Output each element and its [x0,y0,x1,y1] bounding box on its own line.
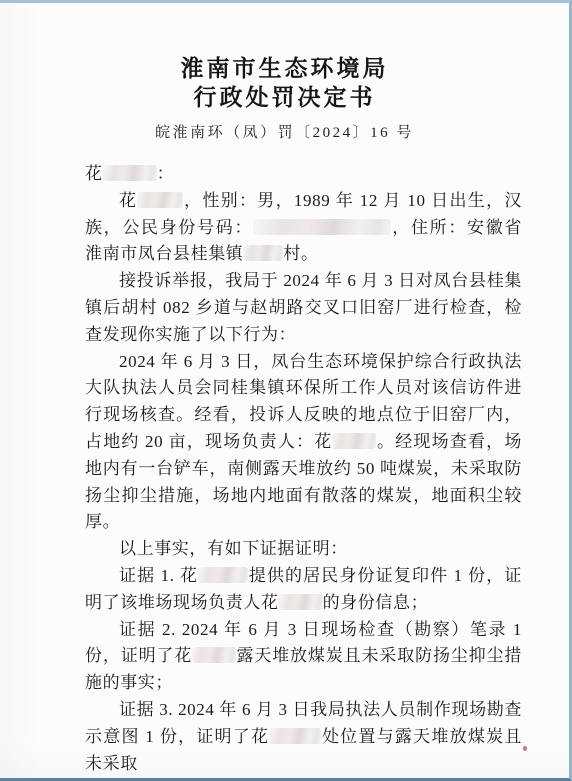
text-run: 接投诉举报，我局于 2024 年 6 月 3 日对凤台县桂集镇后胡村 082 乡… [85,271,522,344]
redaction-blur [332,433,376,449]
redaction-blur [103,165,157,181]
redaction-blur [279,594,323,610]
text-run: 花 [119,191,137,210]
redaction-blur [137,192,183,208]
redaction-blur [253,219,391,235]
text-run: 花 [85,164,103,183]
document-body: 花：花，性别：男，1989 年 12 月 10 日出生，汉族，公民身份号码：，住… [85,161,522,777]
paragraph: 花： [85,161,522,188]
redaction-blur [243,245,283,261]
redaction-blur [198,567,248,583]
text-run: 的身份信息； [323,593,429,612]
page: 淮南市生态环境局 行政处罚决定书 皖淮南环（凤）罚〔2024〕16 号 花：花，… [0,0,572,781]
paragraph: 接投诉举报，我局于 2024 年 6 月 3 日对凤台县桂集镇后胡村 082 乡… [85,268,522,348]
text-run: 以上事实，有如下证据证明： [119,539,348,558]
paragraph: 2024 年 6 月 3 日，凤台生态环境保护综合行政执法大队执法人员会同桂集镇… [85,349,522,537]
document-title-line1: 淮南市生态环境局 [0,3,569,82]
text-run: 证据 1. 花 [119,566,198,585]
paragraph: 证据 2. 2024 年 6 月 3 日现场检查（勘察）笔录 1 份，证明了花露… [85,617,522,697]
document-number: 皖淮南环（凤）罚〔2024〕16 号 [0,121,569,142]
page-mark-dot [523,746,527,751]
text-run: ： [157,164,175,183]
text-run: 村。 [283,244,318,263]
paragraph: 证据 3. 2024 年 6 月 3 日我局执法人员制作现场勘查示意图 1 份，… [85,697,522,777]
document-title-line2: 行政处罚决定书 [0,84,569,111]
paragraph: 花，性别：男，1989 年 12 月 10 日出生，汉族，公民身份号码：，住所：… [85,188,522,268]
paragraph: 以上事实，有如下证据证明： [85,536,522,563]
redaction-blur [269,728,321,744]
redaction-blur [192,647,236,663]
paragraph: 证据 1. 花提供的居民身份证复印件 1 份，证明了该堆场现场负责人花的身份信息… [85,563,522,617]
